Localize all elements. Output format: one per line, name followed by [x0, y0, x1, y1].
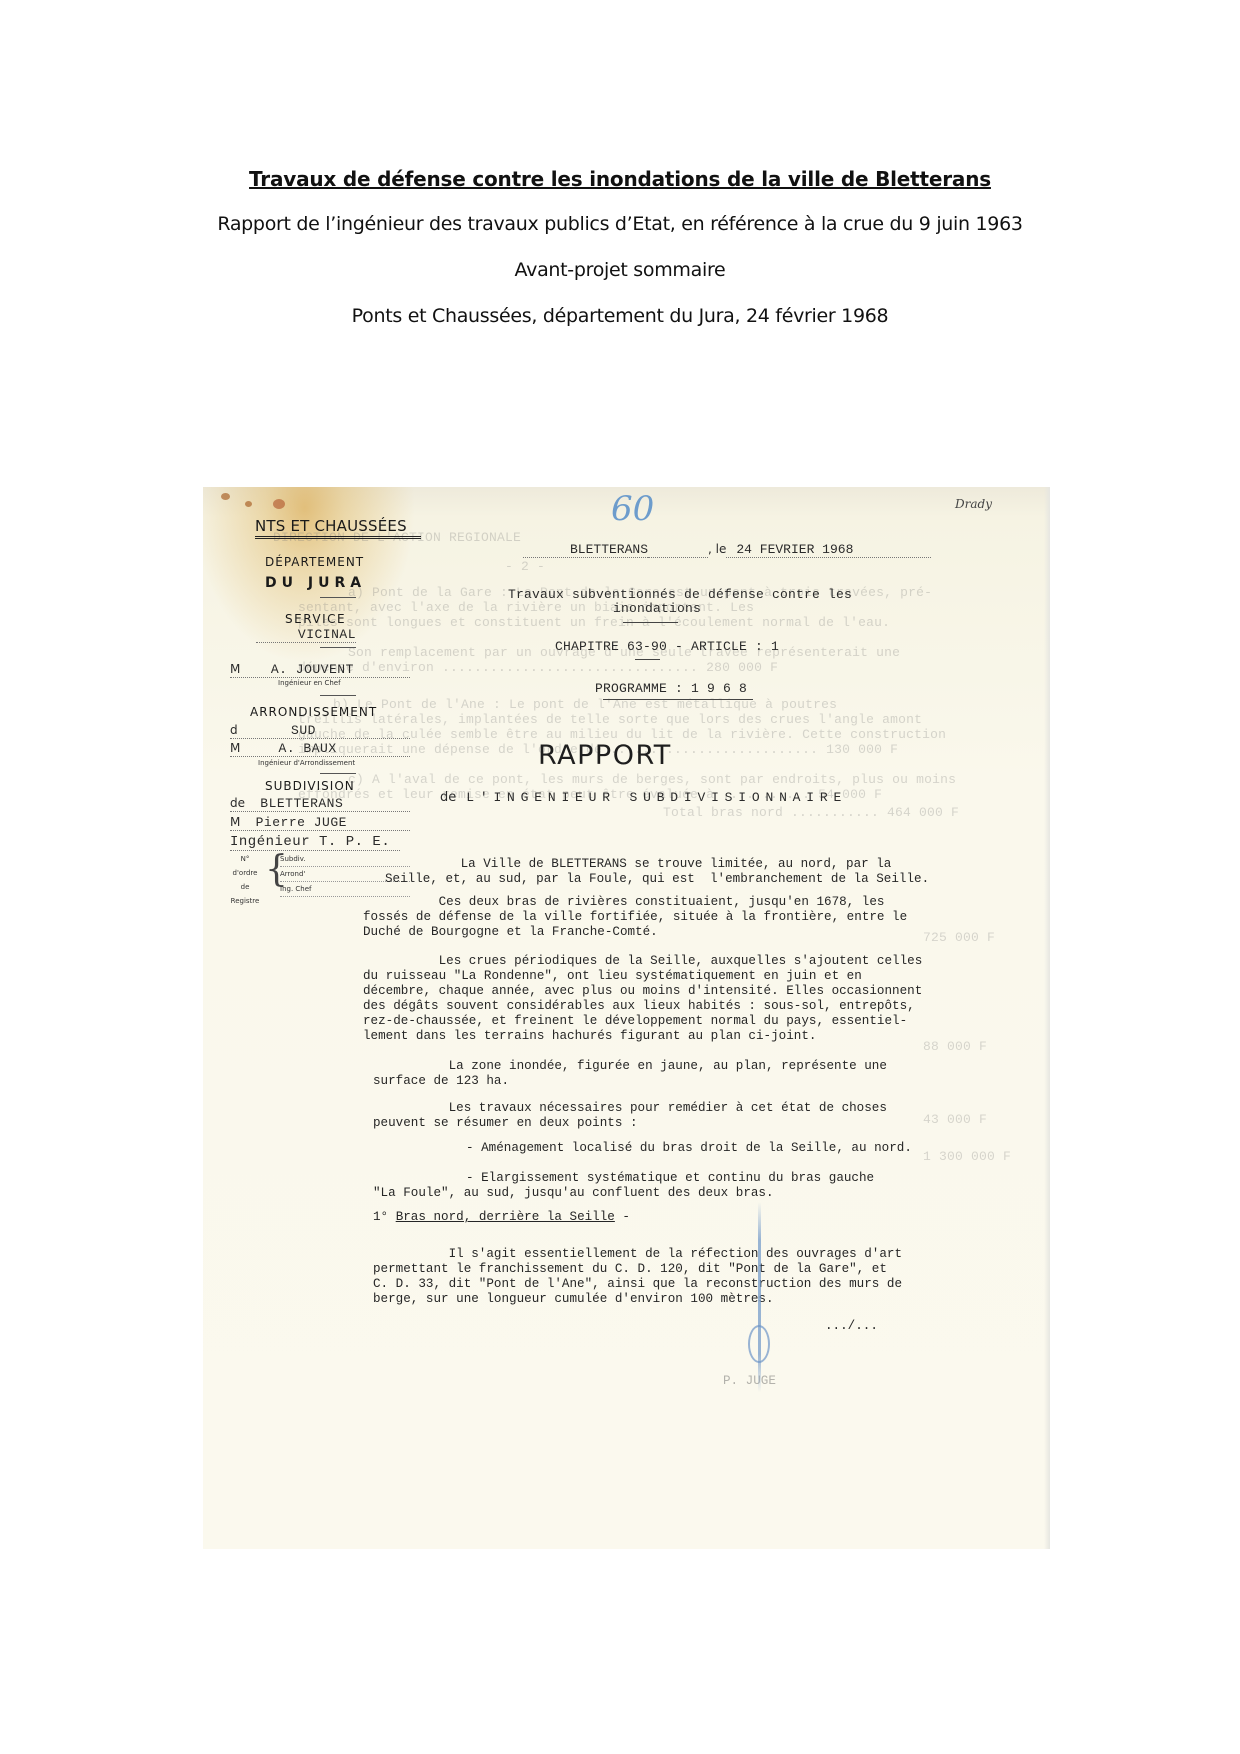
report-author-line: deL'INGENIEUR SUBDIVISIONNAIRE	[440, 790, 847, 805]
bleedthrough-text: 88 000 F	[923, 1039, 987, 1054]
bleedthrough-text: Total bras nord ........... 464 000 F	[663, 805, 959, 820]
programme: PROGRAMME : 1 9 6 8	[595, 681, 747, 696]
place-date-line: BLETTERANS , le24 FEVRIER 1968	[523, 542, 931, 558]
report-title: RAPPORT	[538, 740, 672, 771]
section-title: Bras nord, derrière la Seille	[396, 1210, 615, 1224]
letterhead-service-label: SERVICE	[285, 612, 346, 626]
report-de: de	[440, 790, 456, 805]
paragraph-line: des dégâts souvent considérables aux lie…	[363, 999, 915, 1013]
prefix: d	[230, 723, 238, 737]
section-number: 1°	[373, 1210, 388, 1224]
paragraph-line: berge, sur une longueur cumulée d'enviro…	[373, 1292, 774, 1306]
letterhead-org: NTS ET CHAUSSÉES	[255, 517, 421, 539]
bleedthrough-text: - 2 -	[505, 559, 545, 574]
divider	[320, 773, 356, 774]
register-label-line: N° d'ordre	[228, 852, 262, 880]
bleedthrough-text: 1 300 000 F	[923, 1149, 1011, 1164]
scanned-report-page: DIRECTION DE L'ACTION REGIONALE - 2 - a)…	[203, 487, 1050, 1549]
divider	[320, 695, 356, 696]
list-item-continuation: "La Foule", au sud, jusqu'au confluent d…	[373, 1186, 774, 1201]
divider	[635, 659, 660, 660]
register-label: N° d'ordre de Registre	[228, 852, 262, 908]
letterhead-arr-engineer-line: M A. BAUX	[230, 741, 410, 757]
rust-stain	[245, 501, 252, 507]
letterhead-subdivision-label: SUBDIVISION	[265, 779, 355, 793]
letterhead-arr-engineer-title: Ingénieur d'Arrondissement	[258, 759, 355, 767]
divider	[623, 622, 678, 623]
register-label-line: de	[228, 880, 262, 894]
rust-stain	[273, 499, 285, 509]
paragraph-line: décembre, chaque année, avec plus ou moi…	[363, 984, 922, 998]
paragraph-line: peuvent se résumer en deux points :	[373, 1116, 638, 1130]
paragraph-line: Seille, et, au sud, par la Foule, qui es…	[385, 872, 929, 886]
paragraph-line: Ces deux bras de rivières constituaient,…	[363, 895, 884, 909]
paragraph: Les crues périodiques de la Seille, auxq…	[363, 954, 922, 1044]
subject-line: Travaux subventionnés de défense contre …	[508, 587, 852, 602]
document-subtitle-report: Rapport de l’ingénieur des travaux publi…	[0, 213, 1240, 235]
paragraph-line: fossés de défense de la ville fortifiée,…	[363, 910, 907, 924]
divider	[320, 597, 356, 598]
letterhead-service: VICINAL	[298, 627, 356, 642]
section-dash: -	[615, 1210, 630, 1224]
date-prefix: , le	[708, 542, 726, 556]
letterhead-sub-engineer-title: Ingénieur T. P. E.	[230, 834, 390, 850]
paragraph: Ces deux bras de rivières constituaient,…	[363, 895, 907, 940]
paragraph-line: C. D. 33, dit "Pont de l'Ane", ainsi que…	[373, 1277, 902, 1291]
document-title: Travaux de défense contre les inondation…	[0, 167, 1240, 191]
letterhead-arrondissement-line: d SUD	[230, 723, 410, 739]
paragraph-line: La Ville de BLETTERANS se trouve limitée…	[385, 857, 891, 871]
page-edge-shadow	[1044, 487, 1050, 1549]
bleedthrough-text: piles sont longues et constituent un fre…	[298, 615, 890, 630]
bleedthrough-text: 43 000 F	[923, 1112, 987, 1127]
signature-loop	[748, 1325, 770, 1363]
letterhead-chief-name: A. JOUVENT	[271, 662, 354, 677]
chapter-article: CHAPITRE 63-90 - ARTICLE : 1	[555, 639, 779, 654]
continued-marker: .../...	[825, 1319, 878, 1334]
paragraph-line: lement dans les terrains hachurés figura…	[363, 1029, 816, 1043]
subject-line: inondations	[613, 601, 701, 616]
document-subtitle-type: Avant-projet sommaire	[0, 259, 1240, 281]
date: 24 FEVRIER 1968	[726, 542, 931, 558]
paragraph: Il s'agit essentiellement de la réfectio…	[373, 1247, 902, 1307]
prefix: de	[230, 796, 245, 810]
prefix: M	[230, 815, 240, 829]
list-item: - Elargissement systématique et continu …	[466, 1171, 874, 1186]
paragraph: Les travaux nécessaires pour remédier à …	[373, 1101, 887, 1131]
letterhead-arr-engineer-name: A. BAUX	[279, 741, 337, 756]
typed-signature: P. JUGE	[723, 1374, 776, 1389]
rust-stain	[221, 493, 230, 500]
paragraph: La Ville de BLETTERANS se trouve limitée…	[385, 857, 929, 887]
paragraph-line: surface de 123 ha.	[373, 1074, 509, 1088]
report-author: L'INGENIEUR SUBDIVISIONNAIRE	[466, 790, 847, 805]
letterhead-arrondissement-label: ARRONDISSEMENT	[250, 705, 377, 719]
section-heading: 1° Bras nord, derrière la Seille -	[373, 1210, 630, 1225]
list-item: - Aménagement localisé du bras droit de …	[466, 1141, 912, 1156]
letterhead-sub-engineer-title-line: Ingénieur T. P. E.	[230, 834, 400, 851]
paragraph-line: du ruisseau "La Rondenne", ont lieu syst…	[363, 969, 862, 983]
divider	[603, 699, 753, 700]
paragraph-line: Il s'agit essentiellement de la réfectio…	[373, 1247, 902, 1261]
prefix: M	[230, 741, 240, 755]
signature-stroke	[758, 1202, 761, 1392]
letterhead-service-line: VICINAL	[256, 627, 356, 643]
letterhead-subdivision: BLETTERANS	[260, 796, 343, 811]
letterhead-sub-engineer-line: M Pierre JUGE	[230, 815, 410, 831]
bleedthrough-text: 725 000 F	[923, 930, 995, 945]
paragraph-line: rez-de-chaussée, et freinent le développ…	[363, 1014, 907, 1028]
letterhead-arrondissement: SUD	[291, 723, 316, 738]
paragraph-line: permettant le franchissement du C. D. 12…	[373, 1262, 887, 1276]
bleedthrough-text: c) A l'aval de ce pont, les murs de berg…	[348, 772, 956, 787]
place: BLETTERANS	[523, 542, 648, 558]
paragraph-line: Les crues périodiques de la Seille, auxq…	[363, 954, 922, 968]
paragraph-line: Les travaux nécessaires pour remédier à …	[373, 1101, 887, 1115]
document-subtitle-source: Ponts et Chaussées, département du Jura,…	[0, 305, 1240, 327]
letterhead-sub-engineer-name: Pierre JUGE	[256, 815, 347, 830]
letterhead-chief-title: Ingénieur en Chef	[278, 679, 341, 687]
handwritten-initials: Drady	[955, 497, 992, 511]
paragraph: La zone inondée, figurée en jaune, au pl…	[373, 1059, 887, 1089]
paragraph-line: La zone inondée, figurée en jaune, au pl…	[373, 1059, 887, 1073]
register-label-line: Registre	[228, 894, 262, 908]
letterhead-department: DU JURA	[265, 575, 366, 591]
letterhead-subdivision-line: de BLETTERANS	[230, 796, 410, 812]
letterhead-chief-line: M A. JOUVENT	[230, 662, 410, 678]
bleedthrough-text: b) Le Pont de l'Ane : Le pont de l'Ane e…	[333, 697, 837, 712]
letterhead-department-label: DÉPARTEMENT	[265, 555, 364, 569]
divider	[320, 647, 356, 648]
prefix: M	[230, 662, 240, 676]
paragraph-line: Duché de Bourgogne et la Franche-Comté.	[363, 925, 658, 939]
handwritten-page-number: 60	[611, 489, 654, 529]
